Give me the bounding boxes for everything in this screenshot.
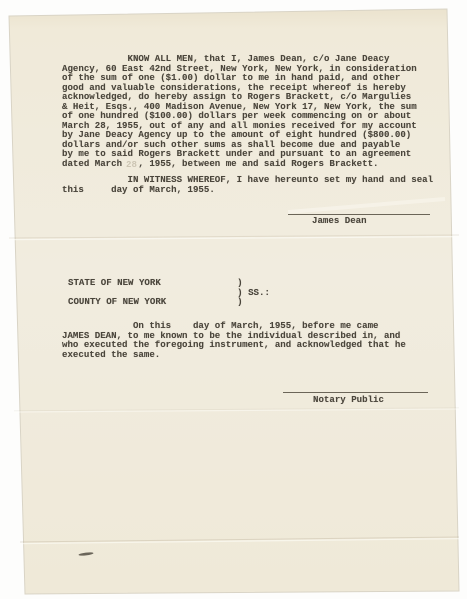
scanned-legal-document: KNOW ALL MEN, that I, James Dean, c/o Ja… [0,0,467,599]
erased-date-ghost: 28 [126,160,137,170]
notary-title: Notary Public [313,395,384,405]
notary-signature-line [283,392,428,393]
notary-acknowledgment-paragraph: On this day of March, 1955, before me ca… [62,321,406,359]
signatory-name: James Dean [312,216,367,226]
typed-content: KNOW ALL MEN, that I, James Dean, c/o Ja… [0,0,467,599]
witness-clause: IN WITNESS WHEREOF, I have hereunto set … [62,175,433,194]
venue-block: STATE OF NEW YORK ) ) SS.: COUNTY OF NEW… [68,278,270,307]
assignment-paragraph: KNOW ALL MEN, that I, James Dean, c/o Ja… [62,54,417,169]
